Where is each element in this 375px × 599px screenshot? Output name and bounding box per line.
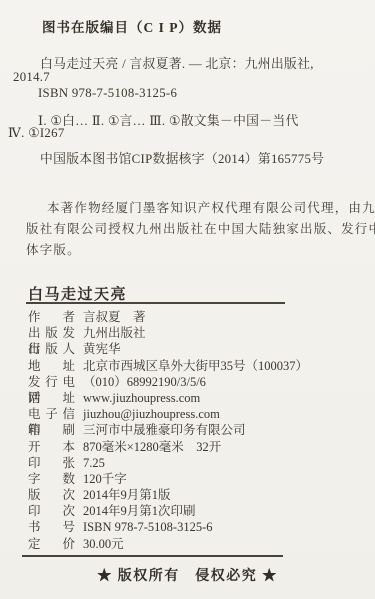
table-row: 印张 7.25: [28, 455, 358, 471]
row-label: 印张: [28, 455, 75, 471]
row-value: 7.25: [83, 455, 105, 471]
colophon-table: 作者 言叔夏 著 出版发行 九州出版社 出版人 黄宪华 地址 北京市西城区阜外大…: [28, 309, 358, 552]
book-copyright-page: 图书在版编目（C I P）数据 白马走过天亮 / 言叔夏著. — 北京：九州出版…: [0, 0, 375, 599]
row-label: 印刷: [28, 422, 75, 438]
row-label: 地址: [28, 358, 75, 374]
row-value: 870毫米×1280毫米 32开: [83, 439, 221, 455]
table-row: 网址 www.jiuzhoupress.com: [28, 390, 358, 406]
cip-verification-number: 中国版本图书馆CIP数据核字（2014）第165775号: [40, 148, 324, 167]
cip-record-isbn: ISBN 978-7-5108-3125-6: [38, 86, 177, 101]
table-row: 出版人 黄宪华: [28, 341, 358, 357]
table-row: 版次 2014年9月第1版: [28, 487, 358, 503]
table-row: 定价 30.00元: [28, 536, 358, 552]
table-row: 字数 120千字: [28, 471, 358, 487]
table-row: 发行电话 （010）68992190/3/5/6: [28, 374, 358, 390]
copyright-notice: ★ 版权所有 侵权必究 ★: [0, 565, 375, 585]
row-label: 定价: [28, 536, 75, 552]
row-label: 开本: [28, 439, 75, 455]
cip-record-year: 2014.7: [13, 70, 50, 85]
table-row: 电子信箱 jiuzhou@jiuzhoupress.com: [28, 406, 358, 422]
table-row: 印次 2014年9月第1次印刷: [28, 503, 358, 519]
cip-classification-line: Ⅰ. ①白… Ⅱ. ①言… Ⅲ. ①散文集－中国－当代: [38, 110, 299, 129]
cip-classification-code: Ⅳ. ①I267: [8, 126, 65, 141]
table-row: 书号 ISBN 978-7-5108-3125-6: [28, 519, 358, 535]
row-label: 网址: [28, 390, 75, 406]
row-value: 北京市西城区阜外大街甲35号（100037）: [83, 358, 308, 374]
row-label: 印次: [28, 503, 75, 519]
cip-record-title-line: 白马走过天亮 / 言叔夏著. — 北京：九州出版社,: [40, 53, 314, 72]
row-value: 黄宪华: [83, 341, 121, 357]
license-note-line: 本著作物经厦门墨客知识产权代理有限公司代理，由九歌出: [47, 198, 375, 216]
table-row: 地址 北京市西城区阜外大街甲35号（100037）: [28, 358, 358, 374]
table-row: 作者 言叔夏 著: [28, 309, 358, 325]
row-value: 三河市中晟雅豪印务有限公司: [83, 422, 246, 438]
row-label: 版次: [28, 487, 75, 503]
row-value: jiuzhou@jiuzhoupress.com: [83, 406, 220, 422]
row-label: 书号: [28, 519, 75, 535]
row-value: 2014年9月第1版: [83, 487, 171, 503]
row-label: 出版人: [28, 341, 75, 357]
cip-heading: 图书在版编目（C I P）数据: [42, 16, 222, 36]
row-value: www.jiuzhoupress.com: [83, 390, 200, 406]
table-row: 印刷 三河市中晟雅豪印务有限公司: [28, 422, 358, 438]
row-value: （010）68992190/3/5/6: [83, 374, 206, 390]
row-value: 120千字: [83, 471, 127, 487]
row-value: ISBN 978-7-5108-3125-6: [83, 519, 213, 535]
license-note-line: 体字版。: [26, 240, 81, 258]
row-value: 2014年9月第1次印刷: [83, 503, 196, 519]
row-label: 字数: [28, 471, 75, 487]
row-value: 30.00元: [83, 536, 124, 552]
divider-rule-bottom: [22, 555, 283, 557]
table-row: 开本 870毫米×1280毫米 32开: [28, 439, 358, 455]
license-note-line: 版社有限公司授权九州出版社在中国大陆独家出版、发行中文简: [26, 219, 375, 237]
table-row: 出版发行 九州出版社: [28, 325, 358, 341]
row-value: 九州出版社: [83, 325, 146, 341]
divider-rule-top: [26, 302, 285, 304]
row-value: 言叔夏 著: [83, 309, 146, 325]
row-label: 作者: [28, 309, 75, 325]
book-title: 白马走过天亮: [28, 283, 127, 304]
